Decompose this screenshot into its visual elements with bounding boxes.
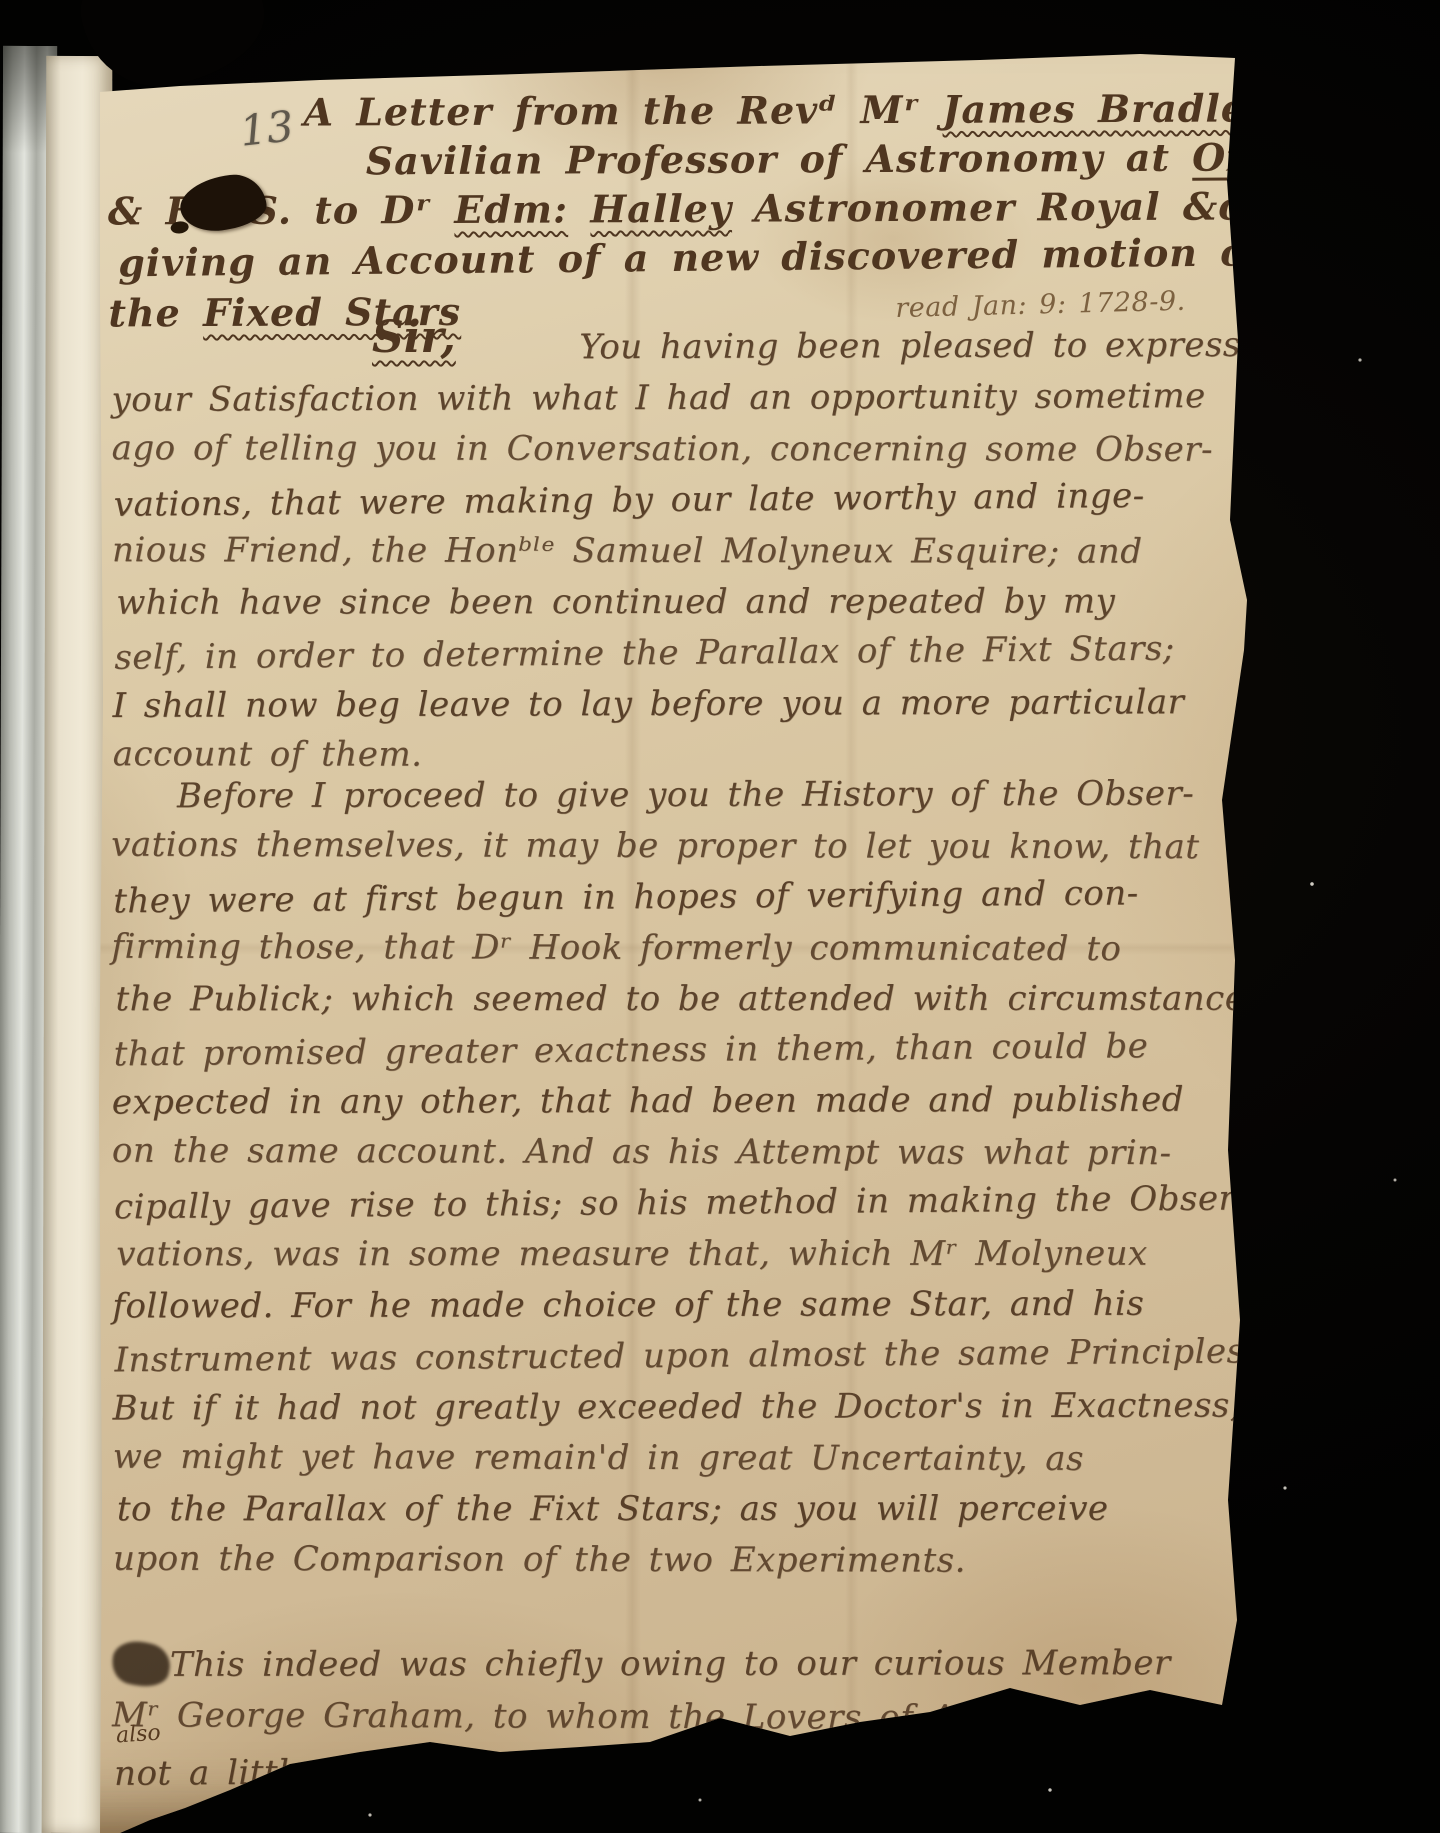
text-line: we might yet have remain'd in great Unce…: [113, 1432, 1225, 1486]
recipient-title: Astronomer Royal &c,: [732, 183, 1257, 230]
paragraph-1: You having been pleased to express your …: [111, 320, 1225, 783]
place-name: Oxford: [1192, 134, 1342, 180]
text-line: vations, was in some measure that, which…: [116, 1229, 1228, 1281]
text-line: cipally gave rise to this; so his method…: [114, 1174, 1226, 1234]
text-line: the Publick; which seemed to be attended…: [116, 974, 1228, 1026]
text-line: Instrument was constructed upon almost t…: [114, 1327, 1226, 1387]
text-line: This indeed was chiefly owing to our cur…: [112, 1637, 1224, 1692]
heading-line-4: giving an Account of a new discovered mo…: [118, 228, 1233, 288]
text-line: firming those, that Dʳ Hook formerly com…: [111, 922, 1223, 976]
heading-line-1-text: A Letter from the Revᵈ Mʳ: [303, 87, 942, 135]
text-line: followed. For he made choice of the same…: [112, 1279, 1224, 1333]
text-line: to the Parallax of the Fixt Stars; as yo…: [117, 1484, 1229, 1536]
heading-line-3-text: & F.R.S. to Dʳ: [108, 187, 455, 234]
text-line: not a little indebted for several other …: [114, 1740, 1226, 1801]
recipient-surname: Halley: [590, 186, 732, 232]
text-line: self, in order to determine the Parallax…: [114, 623, 1226, 684]
author-name: James Bradley: [942, 85, 1269, 131]
text-line: I shall now beg leave to lay before you …: [112, 677, 1224, 732]
text-line: upon the Comparison of the two Experimen…: [113, 1534, 1225, 1588]
manuscript-page: 13 A Letter from the Revᵈ Mʳ James Bradl…: [0, 0, 1440, 1833]
heading-line-3: & F.R.S. to Dʳ Edm: Halley Astronomer Ro…: [108, 182, 1233, 236]
text-line: vations, that were making by our late wo…: [114, 470, 1226, 531]
text-line: Before I proceed to give you the History…: [111, 769, 1223, 823]
letter-heading: A Letter from the Revᵈ Mʳ James Bradley …: [107, 84, 1233, 338]
heading-line-1: A Letter from the Revᵈ Mʳ James Bradley: [303, 84, 1232, 137]
text-line: nious Friend, the Honᵇˡᵉ Samuel Molyneux…: [112, 525, 1224, 578]
text-line: Mʳ George Graham, to whom the Lovers of …: [112, 1689, 1224, 1745]
text-line: they were at first begun in hopes of ver…: [113, 868, 1225, 928]
heading-line-3-space: [568, 186, 590, 231]
manuscript-photo: 13 A Letter from the Revᵈ Mʳ James Bradl…: [0, 0, 1440, 1833]
text-line: your Satisfaction with what I had an opp…: [111, 371, 1223, 426]
paragraph-1-lines: your Satisfaction with what I had an opp…: [111, 371, 1224, 783]
text-line: But if it had not greatly exceeded the D…: [113, 1381, 1225, 1435]
text-line: that promised greater exactness in them,…: [113, 1021, 1225, 1081]
text-line: ago of telling you in Conversation, conc…: [112, 423, 1224, 476]
recipient-first-name: Edm:: [454, 186, 568, 231]
text-line: You having been pleased to express: [111, 320, 1223, 375]
heading-line-2-text: Savilian Professor of Astronomy at: [366, 135, 1193, 184]
text-line: which have since been continued and repe…: [116, 576, 1228, 629]
marginal-number: 25: [1306, 764, 1342, 803]
interlinear-insertion: also: [115, 1720, 161, 1748]
heading-line-2: Savilian Professor of Astronomy at Oxfor…: [366, 133, 1233, 186]
text-line: on the same account. And as his Attempt …: [112, 1126, 1224, 1180]
text-line: expected in any other, that had been mad…: [112, 1075, 1224, 1129]
text-line: vations themselves, it may be proper to …: [111, 820, 1223, 874]
paragraph-2: Before I proceed to give you the History…: [111, 769, 1225, 1588]
paragraph-3: This indeed was chiefly owing to our cur…: [112, 1637, 1224, 1798]
